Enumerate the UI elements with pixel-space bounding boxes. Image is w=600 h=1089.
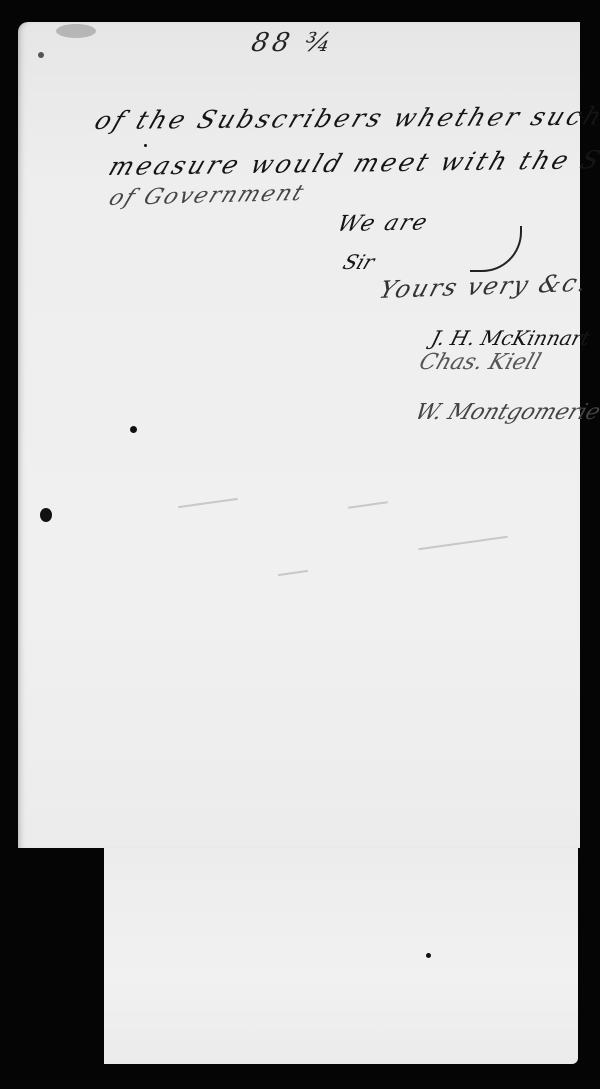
ink-spot: [130, 426, 137, 433]
lower-sheet: [104, 846, 578, 1064]
bleed-through: [278, 570, 308, 576]
closing-we-are: We are: [334, 210, 433, 237]
body-line-1: of the Subscribers whether such a: [91, 101, 600, 135]
bleed-through: [348, 501, 388, 509]
ink-spot: [426, 953, 431, 958]
corner-stain: [56, 24, 96, 38]
ink-blot: [40, 508, 52, 522]
body-line-3: of Government: [105, 181, 309, 211]
signature-3: W. Montgomerie: [411, 400, 600, 425]
ink-spot: [38, 52, 44, 58]
signature-1: J. H. McKinnart: [429, 326, 593, 350]
ink-spot: [144, 144, 147, 147]
signature-2: Chas. Kiell: [416, 350, 544, 375]
folio-number: 88 ¾: [249, 28, 338, 58]
bleed-through: [418, 536, 507, 551]
bleed-through: [178, 498, 238, 508]
